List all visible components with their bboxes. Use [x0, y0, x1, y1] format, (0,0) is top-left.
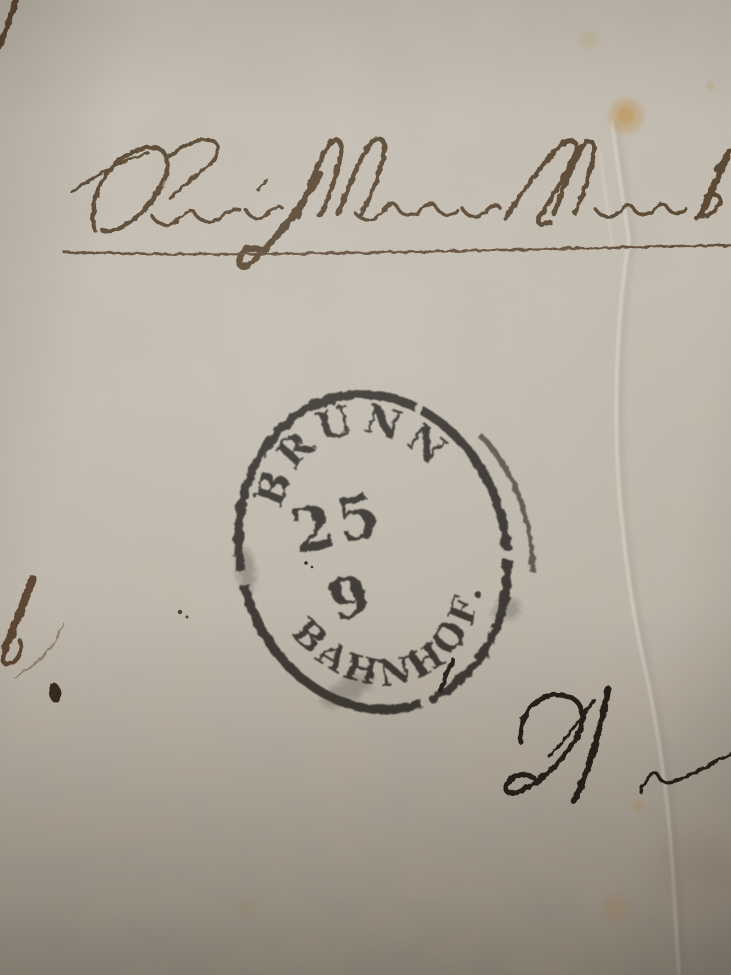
letter-scene: BRÜNN 25 9 BAHNHOF. [0, 0, 731, 975]
letter-photo: BRÜNN 25 9 BAHNHOF. [0, 0, 731, 975]
